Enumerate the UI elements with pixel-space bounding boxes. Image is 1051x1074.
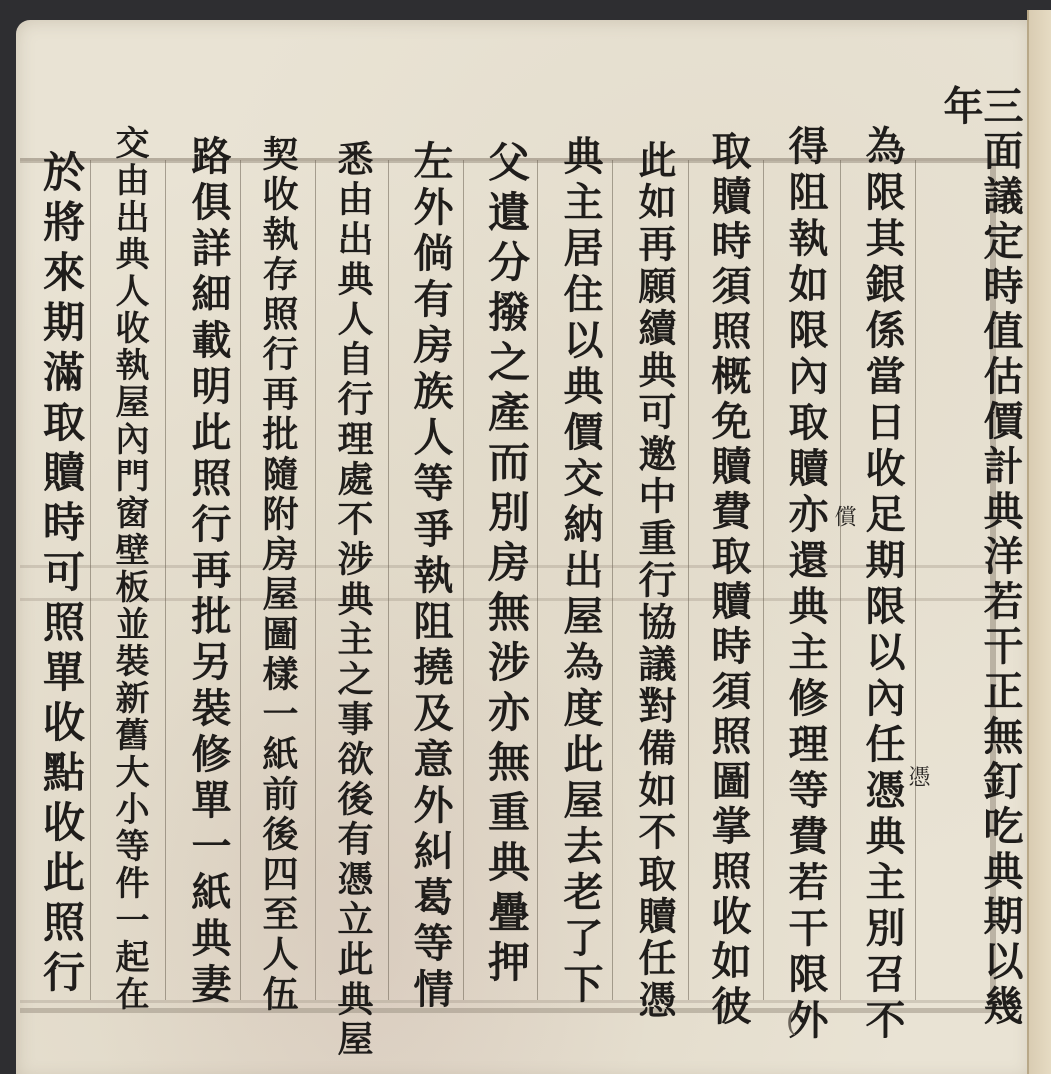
column-rule	[90, 160, 91, 1000]
column-rule	[240, 160, 241, 1000]
next-page-edge	[1027, 10, 1051, 1074]
column-rule	[840, 160, 841, 1000]
margin-note: 憑	[902, 765, 933, 787]
text-column-1: 三面議定時值估價計典洋若干正無釘吃典期以幾年	[940, 85, 1020, 1074]
text-column-5: 此如再願續典可邀中重行協議對備如不取贖任憑	[635, 140, 673, 1022]
margin-note: 償	[828, 505, 859, 527]
text-column-11: 路俱詳細載明此照行再批另裝修單一紙典妻	[188, 135, 228, 1009]
text-column-8: 左外倘有房族人等爭執阻撓及意外糾葛等情	[410, 140, 450, 1014]
text-column-7: 父遺分撥之產而別房無涉亦無重典疊押	[485, 140, 527, 990]
text-column-4: 取贖時須照概免贖費取贖時須照圖掌照收如彼	[708, 130, 748, 1030]
text-column-13: 於將來期滿取贖時可照單收點收此照行	[40, 150, 82, 1000]
scan-background: 三面議定時值估價計典洋若干正無釘吃典期以幾年 為限其銀係當日收足期限以內任憑典主…	[0, 0, 1051, 1074]
column-rule	[763, 160, 764, 1000]
text-column-12: 交由出典人收執屋內門窗壁板並裝新舊大小等件一起在	[112, 125, 146, 1013]
text-column-2: 為限其銀係當日收足期限以內任憑典主別召不	[862, 125, 902, 1045]
column-rule	[388, 160, 389, 1000]
column-rule	[612, 160, 613, 1000]
text-column-10: 契收執存照行再批隨附房屋圖樣一紙前後四至人伍	[260, 135, 296, 1015]
column-rule	[315, 160, 316, 1000]
ruling-bottom	[20, 1000, 990, 1003]
text-column-3: 得阻執如限內取贖亦還典主修理等費若干限外	[785, 125, 825, 1045]
text-column-9: 悉由出典人自行理處不涉典主之事欲後有憑立此典屋	[335, 140, 371, 1060]
column-rule	[463, 160, 464, 1000]
margin-mark: (	[775, 1005, 808, 1038]
column-rule	[915, 160, 916, 1000]
column-rule	[165, 160, 166, 1000]
column-rule	[537, 160, 538, 1000]
text-column-6: 典主居住以典價交納出屋為度此屋去老了下	[560, 135, 600, 1009]
column-rule	[688, 160, 689, 1000]
